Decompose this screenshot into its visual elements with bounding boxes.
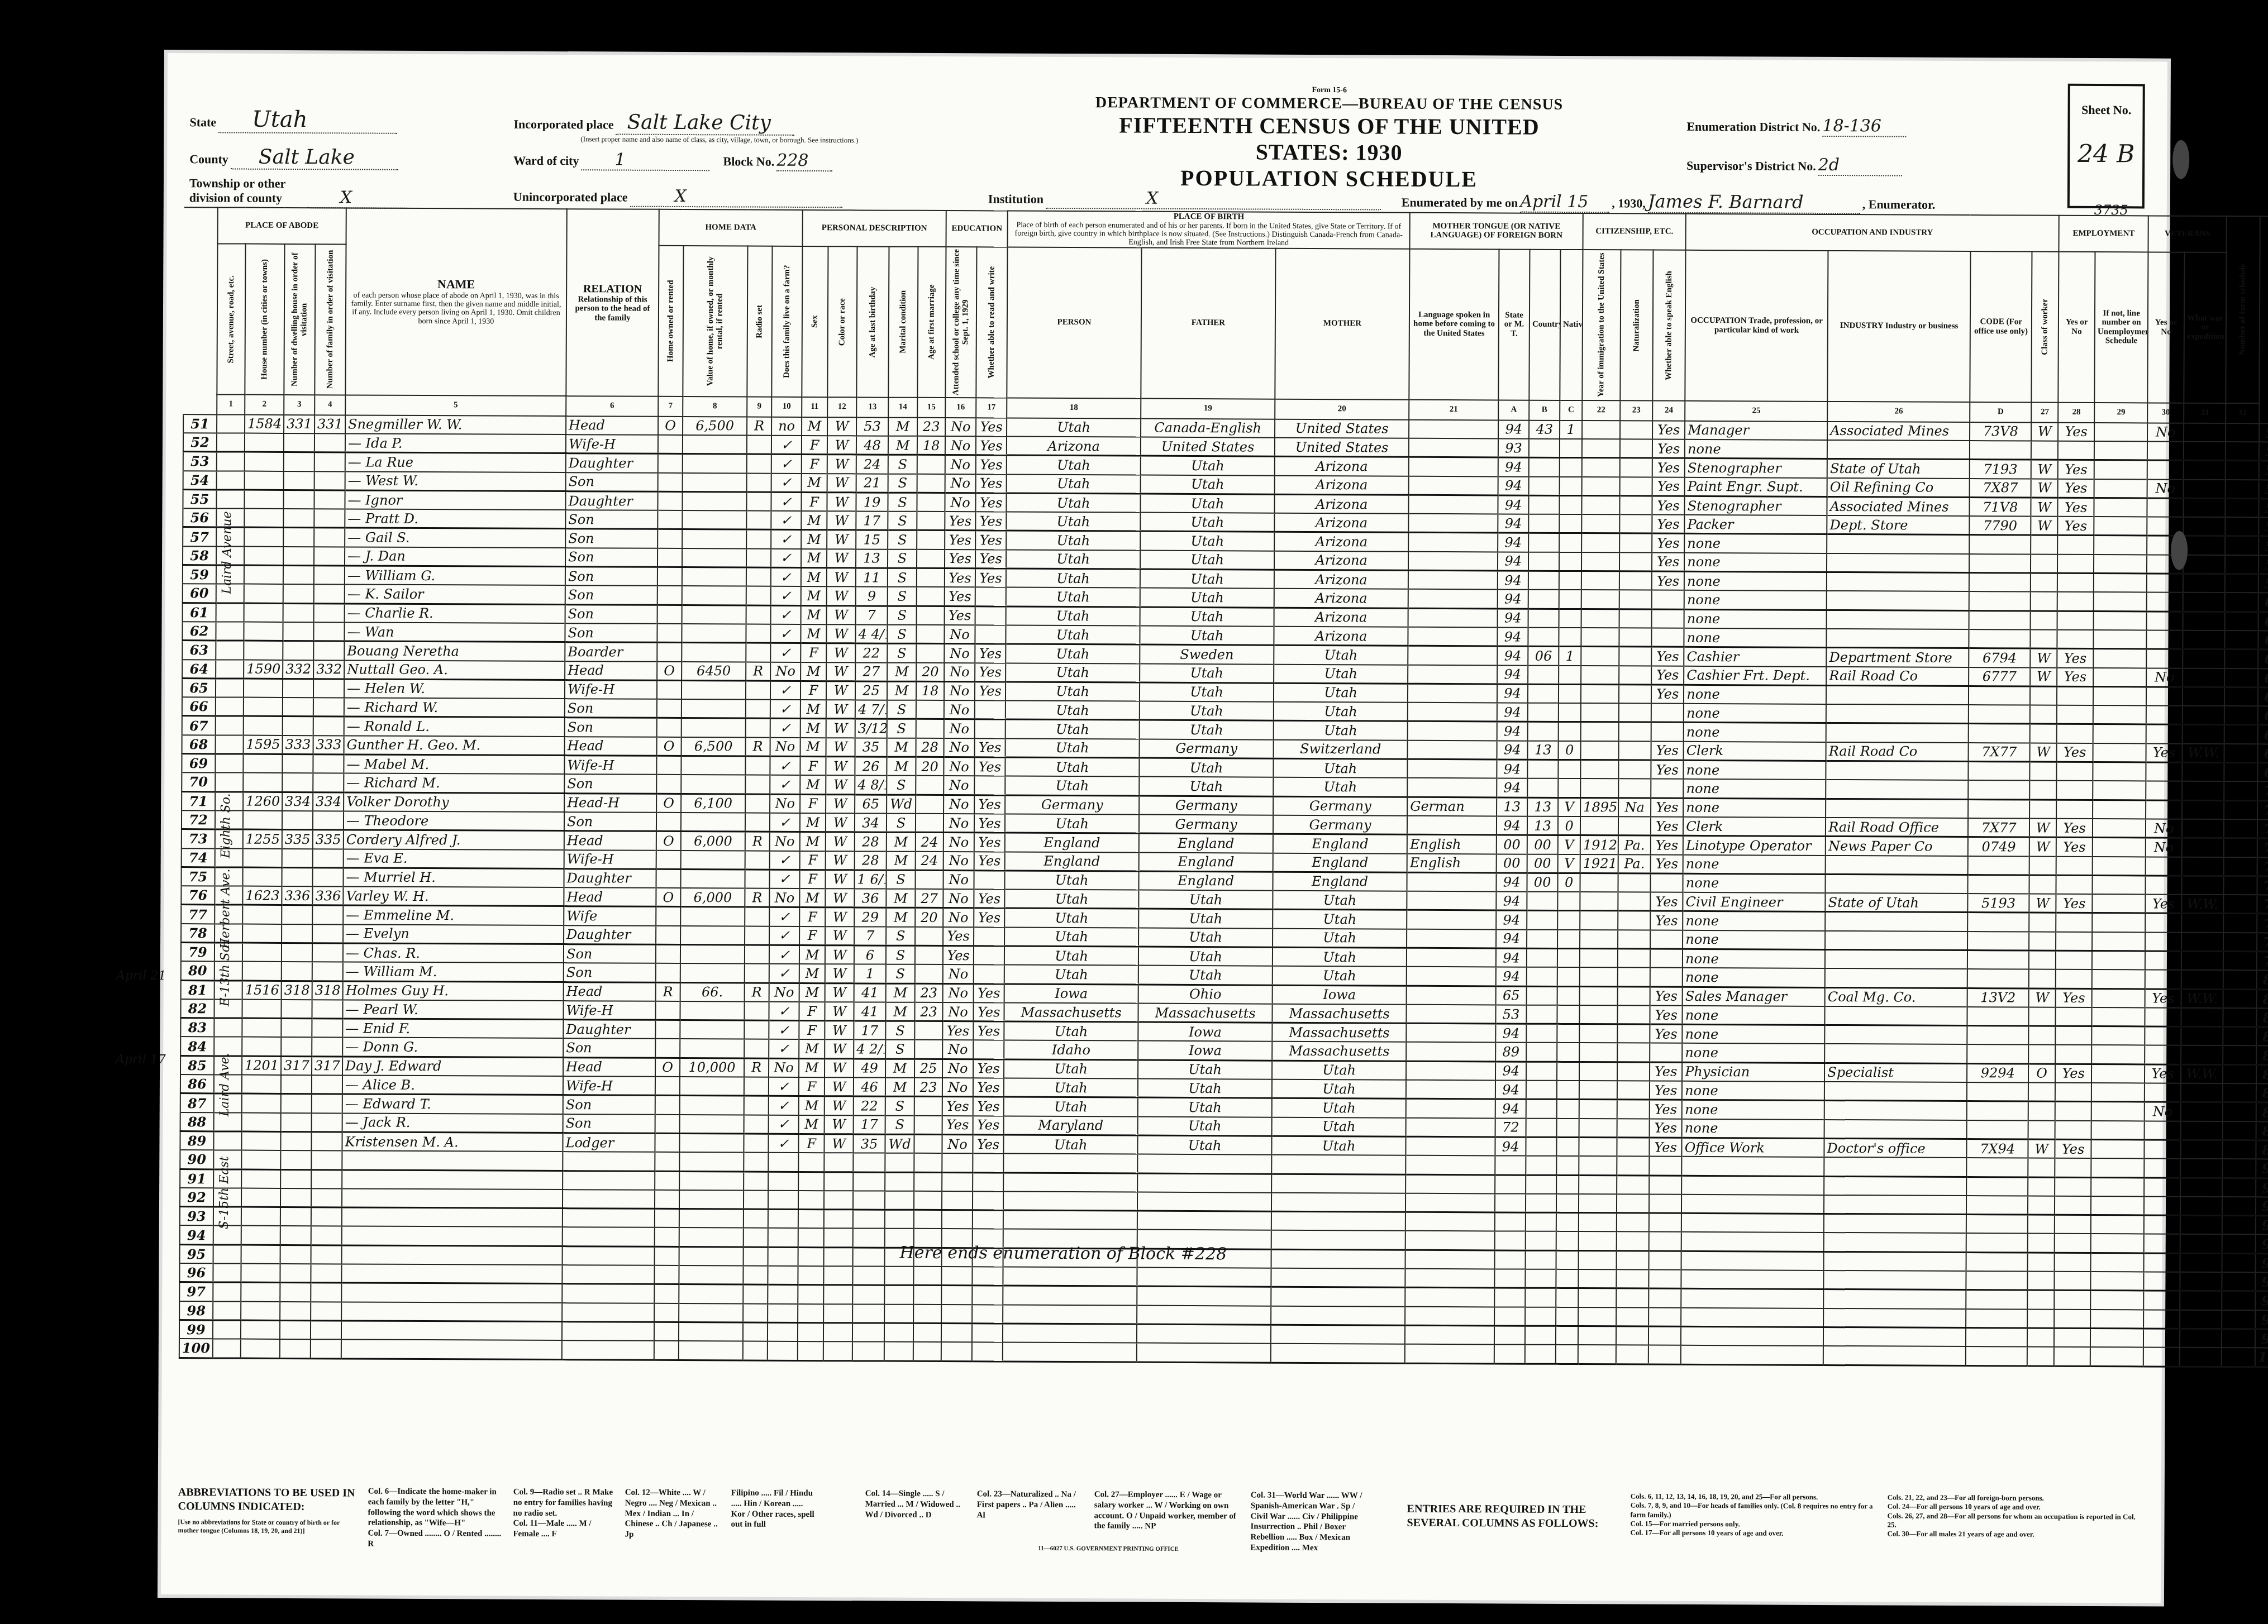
col-veteran: Yes or No	[2148, 252, 2185, 403]
line-number-right: 72	[2257, 819, 2268, 838]
empty-cell	[1649, 1251, 1681, 1270]
cell-house: 1623	[242, 886, 282, 905]
cell-rw: Yes	[974, 757, 1005, 776]
cell-war	[2184, 442, 2226, 461]
cell-fbp: Germany	[1140, 739, 1274, 758]
empty-cell	[884, 1304, 913, 1323]
column-number: 7	[658, 397, 683, 417]
cell-imm	[1579, 1081, 1617, 1100]
empty-cell	[972, 1343, 1003, 1362]
county-label: County	[189, 152, 228, 166]
cell-rel: Son	[565, 718, 657, 737]
cell-rw: Yes	[975, 531, 1006, 550]
line-number: 77	[181, 905, 215, 924]
cell-emp: Yes	[2057, 667, 2093, 686]
empty-cell	[914, 1172, 942, 1191]
cell-farm: ✓	[771, 436, 802, 455]
cell-nat: Pa.	[1618, 854, 1651, 873]
cell-sch: No	[944, 870, 974, 889]
column-number: 6	[566, 396, 658, 417]
empty-cell	[1003, 1286, 1137, 1305]
cell-code: 7193	[1970, 460, 2031, 479]
cell-occ: none	[1683, 968, 1825, 987]
cell-nat	[1618, 986, 1650, 1005]
cell-age: 22	[854, 1096, 885, 1115]
cell-farmno	[2223, 1046, 2256, 1065]
cell-race: W	[825, 964, 854, 983]
empty-cell	[2144, 1178, 2180, 1197]
cell-race: W	[827, 511, 856, 530]
cell-rel: Son	[563, 1095, 655, 1115]
cell-dw	[283, 584, 314, 603]
cell-mbp: England	[1273, 834, 1407, 853]
line-number-right: 87	[2256, 1102, 2268, 1121]
cell-fbp: Utah	[1138, 890, 1273, 910]
column-number: 16	[945, 398, 976, 418]
empty-cell	[823, 1304, 852, 1323]
cell-radio: R	[745, 983, 769, 1002]
cell-cls: W	[2031, 422, 2058, 441]
cell-nat	[1619, 666, 1651, 685]
empty-cell	[2143, 1329, 2180, 1348]
cell-b: 13	[1527, 816, 1558, 835]
empty-cell	[1579, 1156, 1617, 1175]
cell-imm	[1581, 609, 1619, 628]
empty-cell	[1681, 1195, 1824, 1214]
empty-cell	[1556, 1194, 1579, 1213]
line-number: 73	[182, 829, 215, 848]
cell-rw: Yes	[973, 1078, 1004, 1097]
empty-cell	[1648, 1307, 1681, 1326]
cell-name: — William G.	[345, 566, 565, 586]
cell-house	[244, 717, 283, 735]
cell-street	[214, 1018, 242, 1037]
column-number: 15	[917, 398, 945, 418]
cell-b: 06	[1528, 646, 1559, 665]
cell-farm: ✓	[770, 643, 801, 662]
empty-cell	[342, 1169, 563, 1190]
cell-ind	[1825, 968, 1967, 988]
cell-bp: Germany	[1005, 795, 1139, 815]
cell-sch: No	[942, 1040, 973, 1059]
cell-mar: M	[888, 436, 917, 455]
cell-rel: Son	[565, 510, 657, 529]
cell-rel: Head	[565, 661, 657, 681]
cell-b	[1529, 439, 1560, 458]
cell-eng: Yes	[1652, 496, 1685, 515]
cell-dw	[283, 528, 314, 547]
empty-cell	[280, 1150, 311, 1169]
cell-name: — Ignor	[345, 490, 565, 510]
cell-race: W	[826, 851, 855, 870]
column-number: A	[1498, 400, 1529, 420]
cell-occ: Sales Manager	[1683, 987, 1825, 1006]
cell-bp: Arizona	[1007, 437, 1141, 456]
empty-cell	[654, 1341, 679, 1360]
cell-occ: Paint Engr. Supt.	[1685, 477, 1827, 496]
cell-farm: No	[769, 889, 799, 907]
required-list-2: Cols. 21, 22, and 23—For all foreign-bor…	[1887, 1493, 2138, 1539]
cell-name: — Theodore	[344, 811, 564, 831]
empty-cell	[1681, 1326, 1823, 1346]
line-number-right: 60	[2259, 593, 2268, 612]
cell-c	[1557, 948, 1580, 967]
cell-rel: Son	[565, 529, 657, 548]
empty-cell	[824, 1191, 853, 1210]
cell-agem	[914, 1040, 942, 1059]
cell-nat	[1619, 760, 1651, 779]
cell-sex: F	[799, 926, 825, 945]
column-number: 13	[856, 397, 888, 417]
empty-cell	[562, 1265, 654, 1284]
cell-nat	[1617, 1024, 1650, 1043]
enumerated-date: April 15	[1520, 192, 1609, 213]
empty-cell	[798, 1341, 823, 1360]
cell-eng: Yes	[1651, 741, 1684, 760]
cell-agem	[914, 1116, 942, 1135]
unincorporated-value: X	[630, 187, 842, 208]
cell-race: W	[826, 738, 855, 757]
cell-name: Kristensen M. A.	[342, 1132, 563, 1152]
empty-cell	[241, 1226, 280, 1245]
empty-cell	[241, 1301, 280, 1320]
cell-name: Holmes Guy H.	[343, 981, 564, 1001]
line-number-right: 91	[2256, 1178, 2268, 1197]
empty-cell	[1003, 1343, 1137, 1362]
cell-mar: M	[887, 738, 916, 757]
cell-imm	[1580, 911, 1618, 930]
cell-fbp: England	[1139, 852, 1273, 872]
cell-rw: Yes	[976, 493, 1007, 512]
line-number-right: 82	[2257, 1008, 2268, 1027]
cell-own	[658, 435, 683, 454]
cell-a: 94	[1498, 457, 1529, 476]
cell-age: 15	[856, 530, 888, 549]
cell-war	[2183, 631, 2225, 649]
cell-age: 7	[856, 606, 888, 625]
line-number-right: 75	[2257, 876, 2268, 895]
cell-mbp: Arizona	[1275, 494, 1409, 514]
cell-cls	[2028, 1101, 2055, 1120]
cell-rel: Son	[564, 944, 656, 964]
cell-occ: none	[1682, 1043, 1824, 1063]
cell-bp: Utah	[1006, 512, 1140, 532]
cell-own: O	[657, 737, 682, 756]
empty-cell	[1003, 1267, 1137, 1287]
cell-age: 17	[854, 1115, 885, 1134]
column-number: 28	[2058, 402, 2094, 422]
cell-eng: Yes	[1650, 1138, 1682, 1157]
cell-fbp: Ohio	[1138, 985, 1273, 1004]
line-number-right: 95	[2256, 1254, 2268, 1273]
cell-bp: Utah	[1005, 814, 1139, 833]
county-field: County Salt Lake	[189, 145, 398, 170]
empty-cell	[342, 1226, 563, 1246]
cell-radio	[746, 624, 770, 643]
cell-c: V	[1558, 797, 1580, 816]
cell-rel: Daughter	[564, 925, 656, 945]
empty-cell	[280, 1283, 311, 1302]
cell-war	[2183, 725, 2224, 744]
cell-ind: Associated Mines	[1827, 422, 1970, 441]
empty-cell	[972, 1286, 1003, 1305]
cell-name: — Edward T.	[342, 1094, 563, 1114]
empty-cell	[341, 1340, 562, 1360]
cell-a: 94	[1498, 609, 1528, 628]
line-number-right: 54	[2259, 480, 2268, 499]
cell-rel: Son	[564, 963, 656, 982]
cell-fbp: Utah	[1140, 682, 1274, 702]
cell-sex: M	[801, 549, 827, 568]
cell-race: W	[827, 568, 856, 587]
cell-sch: No	[942, 1135, 973, 1154]
cell-mbp: Arizona	[1274, 532, 1408, 552]
empty-cell	[852, 1342, 884, 1361]
empty-cell	[2027, 1309, 2054, 1328]
empty-cell	[824, 1247, 853, 1266]
empty-cell	[563, 1209, 655, 1228]
abbrev-col31: Col. 31—World War ...... WW / Spanish-Am…	[1250, 1490, 1373, 1553]
cell-mbp: Utah	[1274, 721, 1408, 741]
empty-cell	[1617, 1269, 1649, 1288]
cell-house	[242, 905, 282, 924]
cell-occ: Manager	[1685, 421, 1827, 440]
cell-a: 94	[1497, 703, 1528, 722]
cell-race: W	[826, 775, 855, 794]
cell-war	[2183, 762, 2224, 781]
cell-farmno	[2224, 687, 2258, 706]
cell-agem	[917, 587, 945, 606]
empty-cell	[2180, 1272, 2222, 1291]
line-number-right: 84	[2256, 1046, 2268, 1065]
empty-cell	[852, 1304, 884, 1323]
cell-val: 66.	[680, 982, 745, 1001]
cell-code	[1970, 441, 2031, 460]
empty-cell	[342, 1151, 563, 1171]
cell-val	[681, 775, 745, 794]
cell-house: 1201	[242, 1056, 281, 1075]
empty-cell	[1556, 1250, 1579, 1269]
cell-code	[1967, 1045, 2028, 1064]
cell-lang	[1409, 457, 1498, 476]
cell-radio	[747, 454, 771, 473]
empty-cell	[1271, 1344, 1405, 1363]
cell-farmno	[2224, 706, 2258, 725]
cell-eng: Yes	[1652, 534, 1684, 553]
empty-cell	[2091, 1253, 2144, 1272]
column-number: 4	[315, 395, 345, 415]
cell-vet	[2145, 932, 2181, 951]
cell-mar: M	[887, 832, 916, 851]
line-number: 70	[182, 772, 215, 791]
empty-cell	[1405, 1344, 1494, 1363]
empty-cell	[341, 1302, 562, 1322]
cell-fbp: Iowa	[1138, 1041, 1272, 1061]
empty-cell	[798, 1285, 823, 1304]
cell-ind	[1826, 799, 1968, 818]
empty-cell	[1616, 1345, 1648, 1364]
cell-cls: W	[2031, 479, 2058, 498]
cell-rw: Yes	[974, 795, 1005, 814]
line-number: 60	[183, 584, 216, 603]
cell-agem	[916, 700, 944, 719]
cell-war	[2181, 1026, 2223, 1045]
cell-mbp: Arizona	[1274, 570, 1408, 589]
cell-cls	[2028, 1120, 2055, 1139]
cell-cls	[2029, 856, 2056, 875]
empty-cell	[1966, 1252, 2028, 1271]
empty-cell	[679, 1265, 743, 1284]
cell-code: 6777	[1969, 667, 2030, 686]
cell-vet	[2146, 687, 2183, 706]
empty-cell	[654, 1265, 679, 1284]
empty-cell	[2222, 1291, 2255, 1310]
cell-bp: Utah	[1004, 965, 1138, 985]
cell-street	[217, 433, 245, 452]
cell-cls: W	[2029, 894, 2056, 913]
empty-cell	[1525, 1288, 1556, 1307]
empty-cell	[1526, 1175, 1556, 1194]
cell-radio	[745, 794, 770, 813]
cell-eng: Yes	[1651, 760, 1684, 779]
empty-cell	[2091, 1196, 2144, 1215]
empty-cell	[2144, 1253, 2180, 1272]
cell-radio	[745, 756, 770, 775]
cell-farm: ✓	[770, 700, 801, 719]
cell-own: O	[656, 888, 680, 907]
empty-cell	[2027, 1328, 2054, 1347]
cell-radio: R	[744, 1058, 769, 1077]
cell-agem	[915, 945, 943, 964]
cell-b	[1528, 552, 1559, 571]
cell-sch: No	[944, 625, 975, 644]
col-industry: INDUSTRY Industry or business	[1827, 251, 1970, 402]
cell-vet	[2146, 800, 2182, 819]
cell-agem: 27	[915, 889, 943, 908]
cell-a: 94	[1497, 778, 1527, 797]
cell-agem: 24	[916, 851, 944, 870]
cell-mbp: Arizona	[1274, 627, 1408, 646]
empty-cell	[1556, 1269, 1579, 1288]
empty-cell	[2180, 1215, 2222, 1234]
cell-a: 89	[1495, 1043, 1526, 1062]
cell-bp: Iowa	[1004, 984, 1138, 1004]
line-number-right: 88	[2256, 1121, 2268, 1140]
cell-code: 6794	[1969, 648, 2030, 667]
column-number: D	[1970, 402, 2031, 422]
cell-c	[1559, 609, 1581, 628]
cell-c	[1559, 533, 1581, 552]
cell-own	[655, 1114, 680, 1133]
cell-rel: Wife-H	[563, 1076, 655, 1096]
margin-street-2: Eighth So.	[219, 793, 234, 858]
cell-val	[682, 567, 746, 586]
cell-fbp: Utah	[1141, 456, 1275, 475]
cell-farm: ✓	[771, 530, 801, 549]
unincorporated-label: Unincorporated place	[513, 190, 628, 204]
cell-radio	[746, 700, 770, 719]
empty-cell	[1494, 1288, 1525, 1307]
cell-name: — J. Dan	[345, 547, 565, 567]
cell-val	[679, 1133, 744, 1152]
cell-own	[657, 548, 682, 567]
col-code-d: CODE (For office use only)	[1970, 251, 2032, 402]
cell-sex: F	[801, 681, 826, 700]
cell-house	[244, 565, 283, 584]
cell-age: 22	[855, 643, 887, 662]
cell-farmno	[2226, 480, 2259, 499]
empty-cell	[1824, 1195, 1966, 1215]
empty-cell	[1495, 1269, 1526, 1288]
cell-vet	[2147, 460, 2184, 479]
empty-cell	[280, 1302, 311, 1321]
required-list-1: Cols. 6, 11, 12, 13, 14, 16, 18, 19, 20,…	[1630, 1492, 1881, 1538]
cell-val	[682, 510, 746, 529]
cell-sch: No	[943, 908, 974, 927]
cell-agem	[917, 550, 945, 569]
cell-fam	[313, 754, 344, 773]
cell-sch: No	[944, 738, 975, 757]
empty-cell	[852, 1285, 884, 1304]
cell-rel: Son	[565, 548, 657, 567]
line-number: 52	[183, 433, 217, 452]
empty-cell	[1495, 1231, 1526, 1250]
line-number: 51	[183, 414, 217, 433]
cell-val	[683, 435, 747, 454]
empty-cell	[1405, 1250, 1495, 1269]
cell-sch: No	[943, 889, 974, 908]
empty-cell	[241, 1169, 280, 1188]
cell-rel: Son	[566, 472, 658, 492]
column-number: 20	[1275, 399, 1409, 419]
cell-rw: Yes	[975, 550, 1006, 569]
empty-cell	[941, 1286, 972, 1305]
cell-mbp: Utah	[1273, 891, 1407, 910]
cell-lang	[1408, 722, 1497, 741]
cell-code	[1969, 686, 2030, 705]
cell-imm	[1581, 628, 1619, 647]
cell-house	[244, 509, 283, 528]
cell-mar: S	[888, 512, 917, 531]
cell-farmno	[2223, 1064, 2256, 1083]
cell-farmno	[2223, 1027, 2256, 1046]
empty-cell	[1495, 1156, 1526, 1175]
cell-age: 11	[856, 568, 888, 587]
cell-house	[243, 811, 282, 830]
cell-eng: Yes	[1650, 1005, 1683, 1024]
cell-own	[656, 963, 680, 982]
cell-sch: No	[944, 719, 975, 738]
line-number-right: 70	[2257, 782, 2268, 801]
cell-dw	[283, 622, 313, 641]
line-number: 89	[180, 1131, 213, 1150]
cell-age: 35	[853, 1134, 885, 1153]
cell-bp: Utah	[1006, 682, 1140, 701]
cell-race: W	[827, 474, 856, 493]
cell-rw: Yes	[974, 814, 1005, 833]
cell-fam	[313, 717, 344, 735]
empty-cell	[341, 1321, 562, 1341]
line-number: 55	[183, 489, 216, 508]
cell-imm: 1921	[1580, 854, 1618, 873]
empty-cell	[2144, 1272, 2180, 1291]
cell-farmno	[2223, 1083, 2256, 1102]
cell-race: W	[826, 719, 855, 738]
cell-farmno	[2226, 461, 2259, 480]
cell-unemp	[2093, 838, 2146, 857]
cell-unemp	[2091, 1139, 2145, 1158]
cell-farm: ✓	[770, 719, 801, 738]
